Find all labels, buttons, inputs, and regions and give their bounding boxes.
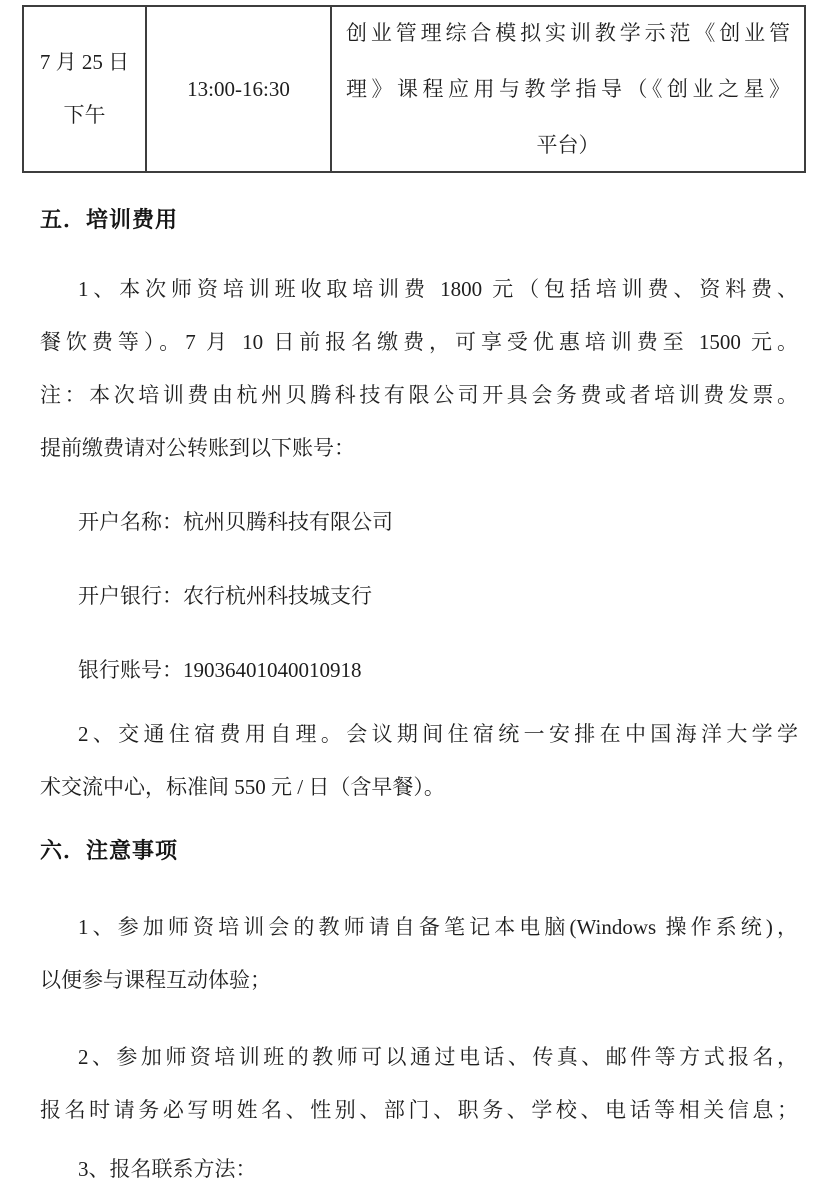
- time-cell: 13:00-16:30: [145, 7, 330, 171]
- notes-section-heading: 六．注意事项: [40, 824, 798, 877]
- date-text: 下午: [64, 89, 106, 142]
- note-item-line: 2、参加师资培训班的教师可以通过电话、传真、邮件等方式报名，: [40, 1031, 798, 1084]
- lodging-paragraph-line: 术交流中心，标准间 550 元 / 日（含早餐）。: [40, 761, 798, 814]
- fees-paragraph-line: 1、本次师资培训班收取培训费 1800 元（包括培训费、资料费、: [40, 263, 798, 316]
- lodging-paragraph-line: 2、交通住宿费用自理。会议期间住宿统一安排在中国海洋大学学: [40, 708, 798, 761]
- course-cell: 创业管理综合模拟实训教学示范《创业管 理》课程应用与教学指导（《创业之星》 平台…: [330, 7, 804, 171]
- date-text: 7 月 25 日: [40, 36, 129, 89]
- account-name-line: 开户名称：杭州贝腾科技有限公司: [40, 496, 798, 549]
- course-line: 理》课程应用与教学指导（《创业之星》: [346, 61, 790, 117]
- course-line: 平台）: [346, 117, 790, 173]
- date-cell: 7 月 25 日 下午: [24, 7, 145, 171]
- account-number-line: 银行账号：19036401040010918: [40, 644, 798, 697]
- account-bank-line: 开户银行：农行杭州科技城支行: [40, 570, 798, 623]
- note-item-line: 报名时请务必写明姓名、性别、部门、职务、学校、电话等相关信息；: [40, 1084, 798, 1137]
- fees-paragraph-line: 餐饮费等）。7 月 10 日前报名缴费，可享受优惠培训费至 1500 元。: [40, 316, 798, 369]
- time-text: 13:00-16:30: [187, 63, 290, 116]
- note-item-line: 以便参与课程互动体验；: [40, 954, 798, 1007]
- course-line: 创业管理综合模拟实训教学示范《创业管: [346, 5, 790, 61]
- fees-note-line: 注：本次培训费由杭州贝腾科技有限公司开具会务费或者培训费发票。: [40, 369, 798, 422]
- note-item-line: 3、报名联系方法：: [40, 1143, 798, 1196]
- note-item-line: 1、参加师资培训会的教师请自备笔记本电脑(Windows 操作系统)，: [40, 901, 798, 954]
- fees-section-heading: 五．培训费用: [40, 193, 798, 246]
- schedule-table: 7 月 25 日 下午 13:00-16:30 创业管理综合模拟实训教学示范《创…: [22, 5, 806, 173]
- fees-paragraph-line: 提前缴费请对公转账到以下账号：: [40, 422, 798, 475]
- document-page: 7 月 25 日 下午 13:00-16:30 创业管理综合模拟实训教学示范《创…: [0, 0, 826, 1200]
- document-body: 五．培训费用 1、本次师资培训班收取培训费 1800 元（包括培训费、资料费、 …: [0, 193, 826, 1196]
